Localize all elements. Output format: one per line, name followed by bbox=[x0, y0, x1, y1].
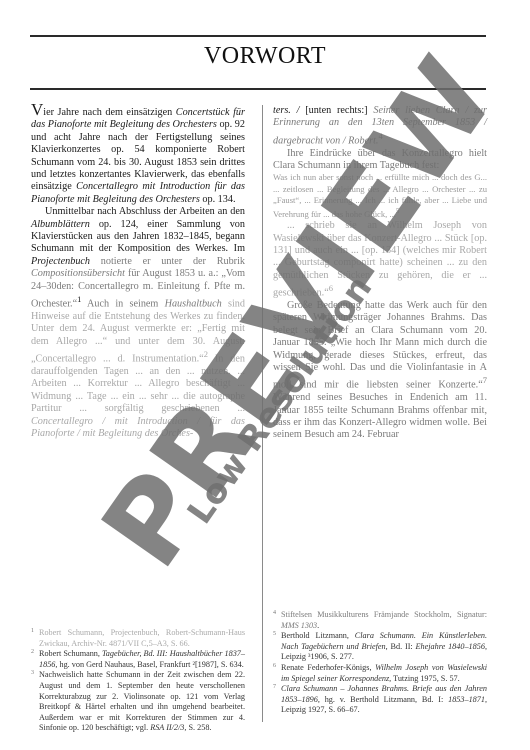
left-column: Vier Jahre nach dem einsätzigen Concerts… bbox=[31, 105, 245, 440]
paragraph-1: Vier Jahre nach dem einsätzigen Concerts… bbox=[31, 105, 245, 206]
header-rule-top bbox=[30, 35, 486, 37]
footnote: 3Nachweislich hatte Schumann in der Zeit… bbox=[31, 670, 245, 734]
footnote: 1Robert Schumann, Projectenbuch, Robert-… bbox=[31, 628, 245, 649]
page-title: VORWORT bbox=[0, 43, 530, 70]
paragraph-brahms: Große Bedeutung hatte das Werk auch für … bbox=[273, 300, 487, 442]
footnotes-left: 1Robert Schumann, Projectenbuch, Robert-… bbox=[31, 628, 245, 734]
column-divider bbox=[262, 105, 263, 722]
footnote: 5Berthold Litzmann, Clara Schumann. Ein … bbox=[273, 631, 487, 663]
paragraph-2: Unmittelbar nach Abschluss der Arbeiten … bbox=[31, 206, 245, 440]
header-rule-bottom bbox=[30, 88, 486, 90]
right-column: ters. / [unten rechts:] Seiner lieben Cl… bbox=[273, 105, 487, 442]
block-quote: Was ich nun aber sonst noch ... erfüllte… bbox=[273, 172, 487, 220]
paragraph-wasielewski: ... schrieb sie an Wilhelm Joseph von Wa… bbox=[273, 220, 487, 300]
footnote: 2Robert Schumann, Tagebücher, Bd. III: H… bbox=[31, 649, 245, 670]
paragraph-impressions: Ihre Eindrücke über das Konzertallegro h… bbox=[273, 148, 487, 173]
footnotes-right: 4Stiftelsen Musikkulturens Främjande Sto… bbox=[273, 610, 487, 716]
footnote: 7Clara Schumann – Johannes Brahms. Brief… bbox=[273, 684, 487, 716]
footnote: 6Renate Federhofer-Königs, Wilhelm Josep… bbox=[273, 663, 487, 684]
paragraph-dedication: ters. / [unten rechts:] Seiner lieben Cl… bbox=[273, 105, 487, 148]
drop-cap: V bbox=[31, 100, 43, 119]
footnote: 4Stiftelsen Musikkulturens Främjande Sto… bbox=[273, 610, 487, 631]
